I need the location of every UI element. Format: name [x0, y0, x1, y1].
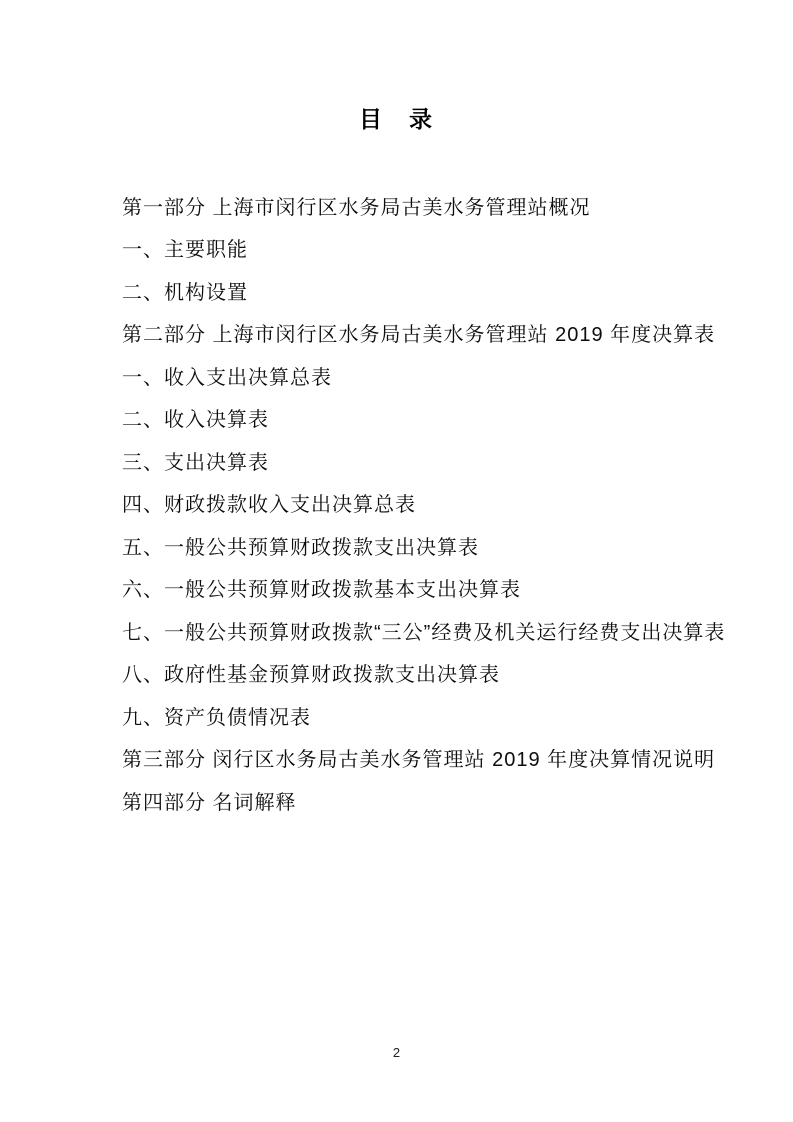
toc-entry-org-setup: 二、机构设置 — [122, 269, 743, 312]
toc-entry-public-budget-basic-expense: 六、一般公共预算财政拨款基本支出决算表 — [122, 567, 743, 610]
toc-entry-part2: 第二部分 上海市闵行区水务局古美水务管理站 2019 年度决算表 — [122, 312, 743, 355]
toc-entry-gov-fund-expense: 八、政府性基金预算财政拨款支出决算表 — [122, 652, 743, 695]
toc-entry-part4: 第四部分 名词解释 — [122, 779, 743, 822]
toc-entry-part3: 第三部分 闵行区水务局古美水务管理站 2019 年度决算情况说明 — [122, 737, 743, 780]
document-page: 目 录 第一部分 上海市闵行区水务局古美水务管理站概况 一、主要职能 二、机构设… — [0, 0, 793, 1122]
toc-entry-expense-table: 三、支出决算表 — [122, 439, 743, 482]
toc-entry-assets-liabilities: 九、资产负债情况表 — [122, 694, 743, 737]
toc-entry-main-duties: 一、主要职能 — [122, 227, 743, 270]
toc-entry-income-table: 二、收入决算表 — [122, 397, 743, 440]
toc-title: 目 录 — [0, 0, 793, 134]
toc-entry-public-budget-expense: 五、一般公共预算财政拨款支出决算表 — [122, 524, 743, 567]
toc-entry-income-expense-summary: 一、收入支出决算总表 — [122, 354, 743, 397]
toc-entry-part1: 第一部分 上海市闵行区水务局古美水务管理站概况 — [122, 184, 743, 227]
toc-list: 第一部分 上海市闵行区水务局古美水务管理站概况 一、主要职能 二、机构设置 第二… — [122, 184, 743, 822]
toc-entry-three-public-funds: 七、一般公共预算财政拨款“三公”经费及机关运行经费支出决算表 — [122, 609, 743, 652]
page-number: 2 — [0, 1045, 793, 1060]
toc-entry-fiscal-summary: 四、财政拨款收入支出决算总表 — [122, 482, 743, 525]
